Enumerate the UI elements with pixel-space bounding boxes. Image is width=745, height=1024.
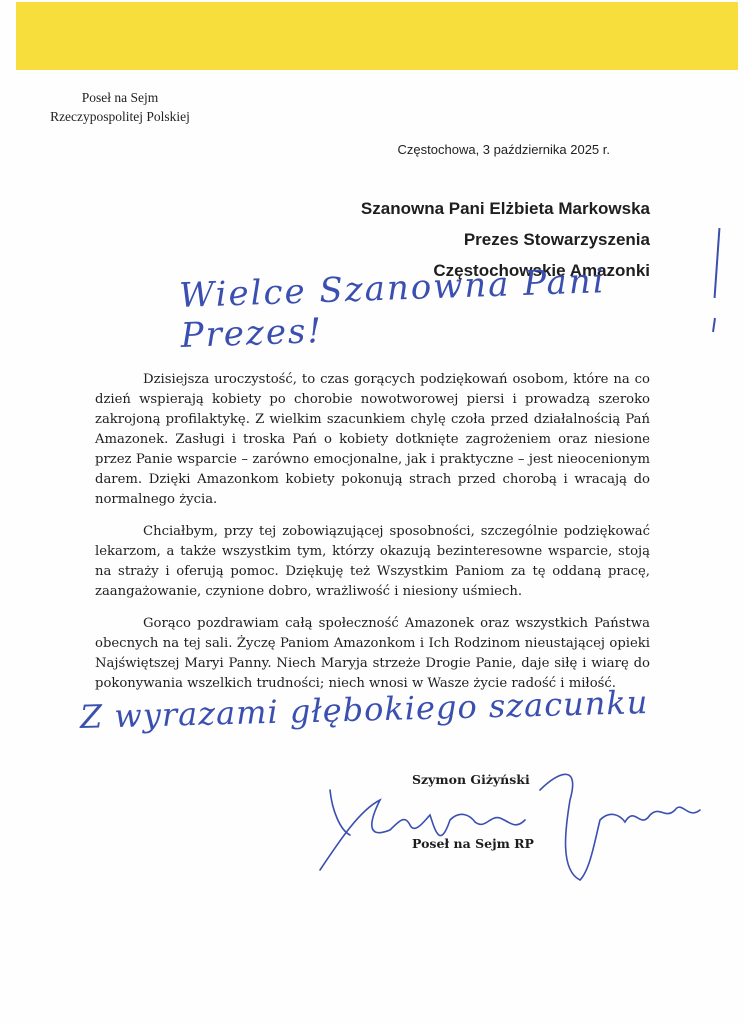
sender-block: Poseł na Sejm Rzeczypospolitej Polskiej [40,88,200,126]
handwritten-salutation: Wielce Szanowna Pani Prezes! [179,256,745,356]
sender-line-1: Poseł na Sejm [40,88,200,107]
date-line: Częstochowa, 3 października 2025 r. [398,142,610,157]
signatory-name: Szymon Giżyński [412,772,530,787]
yellow-header-band [16,2,738,70]
recipient-position: Prezes Stowarzyszenia [361,224,650,255]
recipient-name: Szanowna Pani Elżbieta Markowska [361,193,650,224]
signatory-title: Poseł na Sejm RP [412,836,534,851]
body-paragraph-1: Dzisiejsza uroczystość, to czas gorących… [95,370,650,510]
letter-body: Dzisiejsza uroczystość, to czas gorących… [95,370,650,706]
sender-line-2: Rzeczypospolitej Polskiej [40,107,200,126]
body-paragraph-2: Chciałbym, przy tej zobowiązującej sposo… [95,522,650,602]
body-paragraph-3: Gorąco pozdrawiam całą społeczność Amazo… [95,614,650,694]
